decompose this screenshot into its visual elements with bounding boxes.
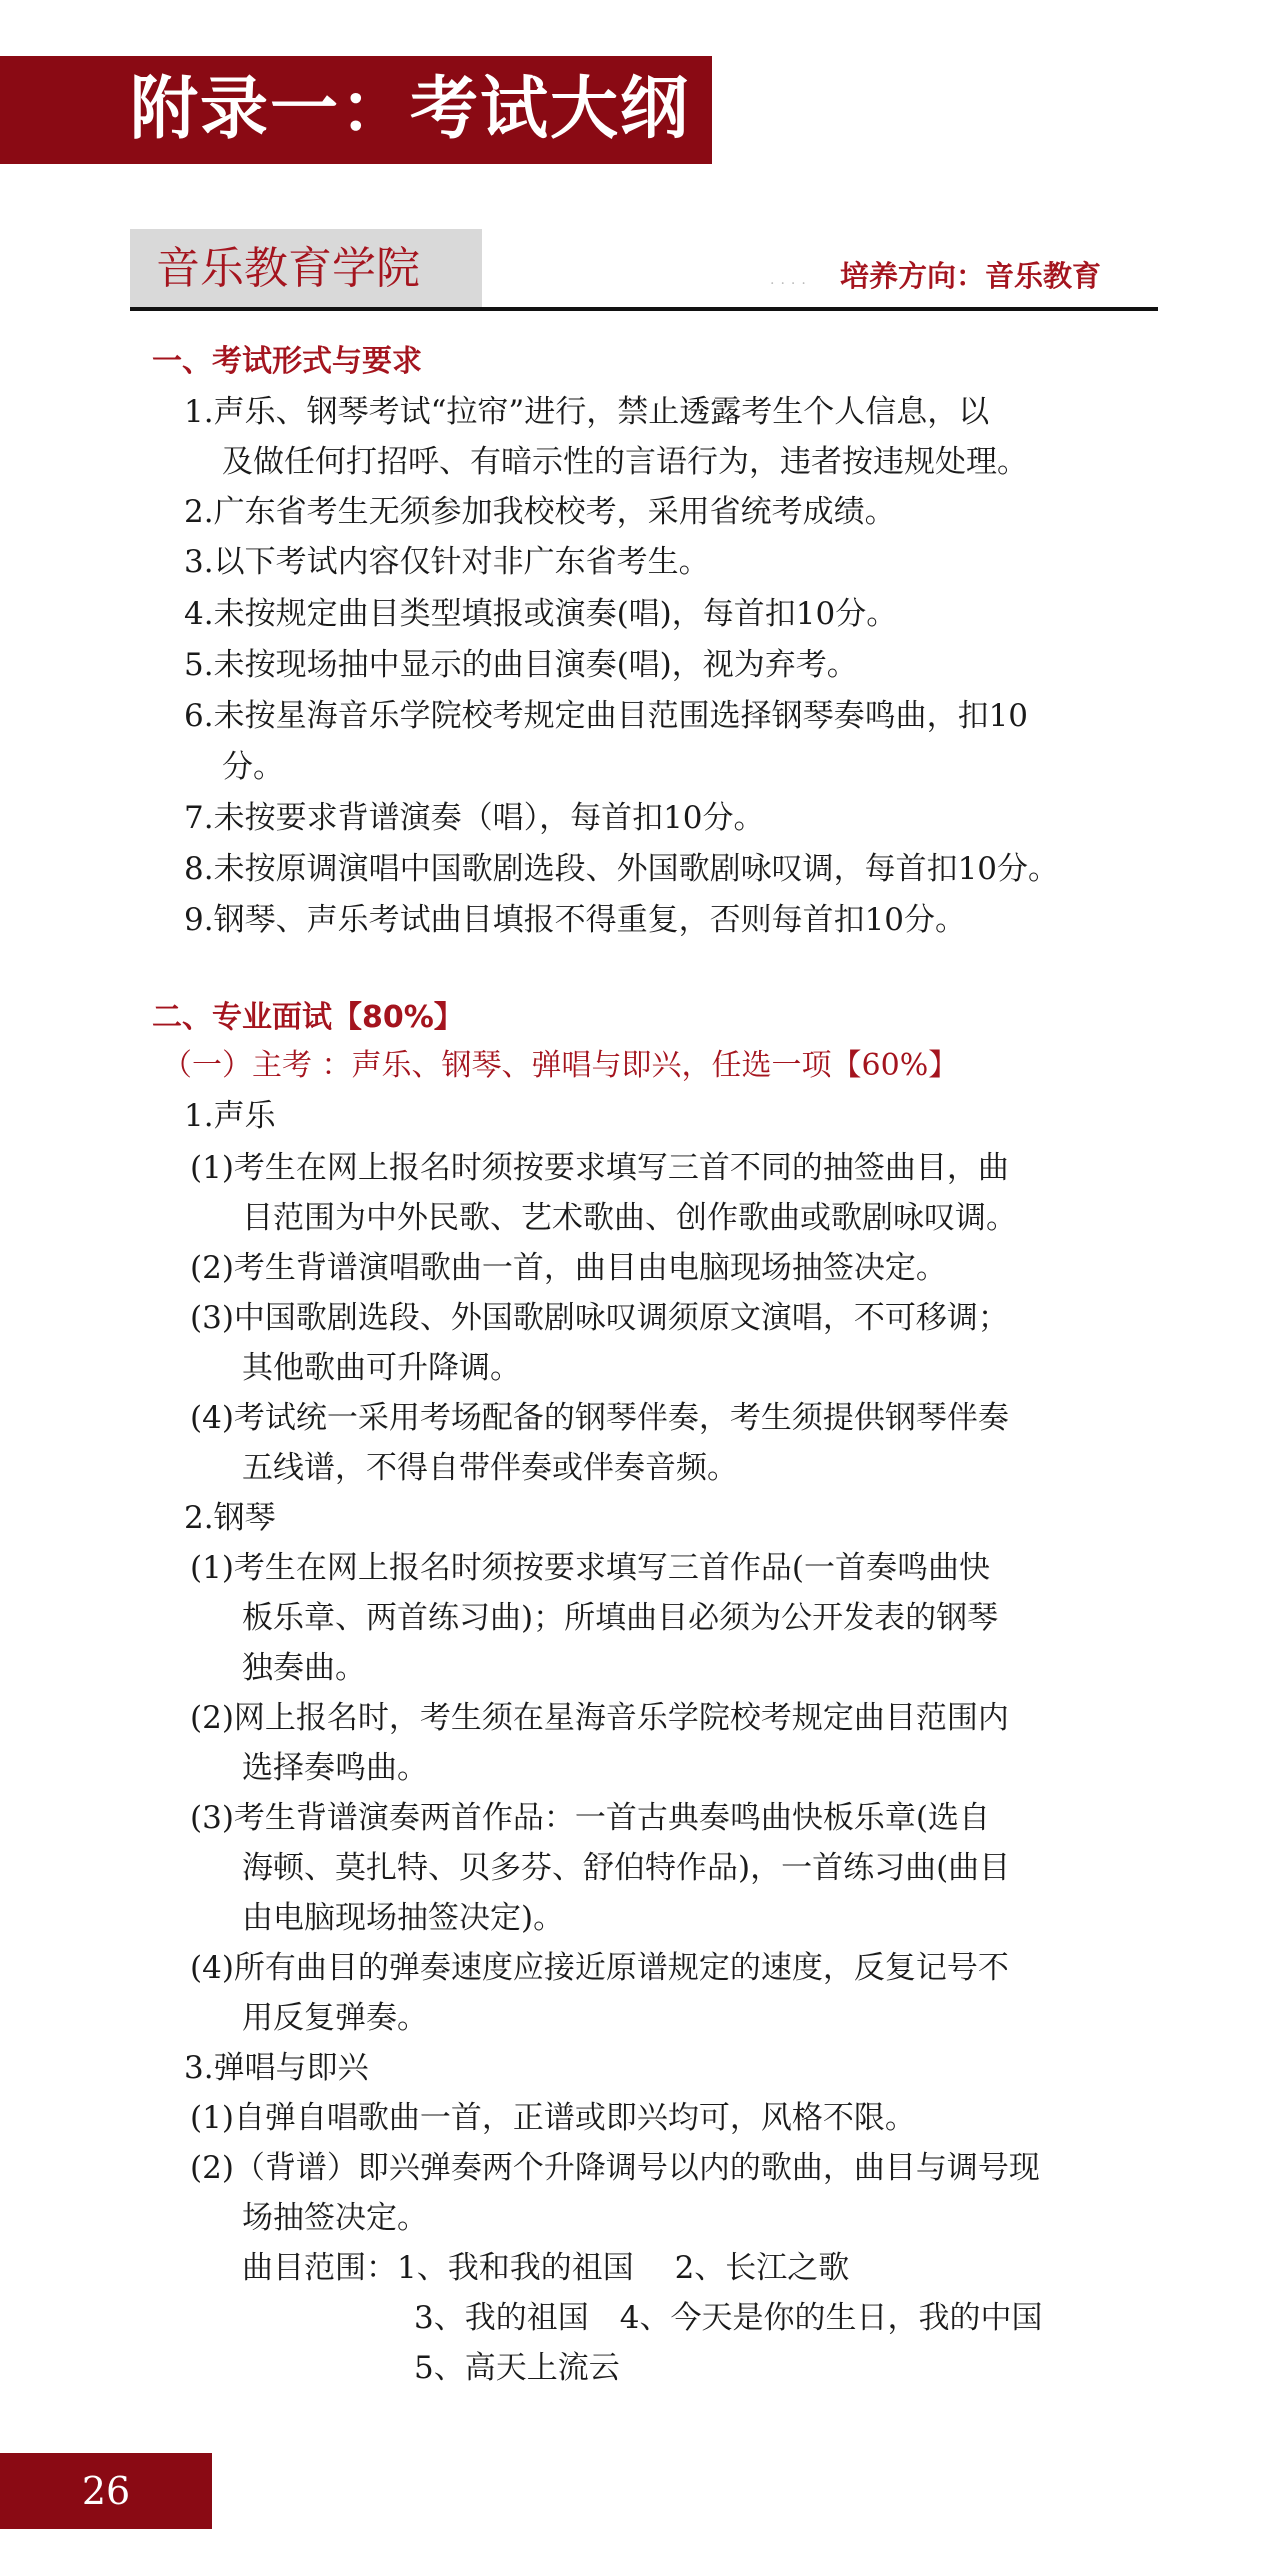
repertoire-line: 3、我的祖国 4、今天是你的生日，我的中国 [414, 2296, 1042, 2340]
rule-line: 及做任何打招呼、有暗示性的言语行为，违者按违规处理。 [222, 440, 1028, 484]
rule-line: 8.未按原调演唱中国歌剧选段、外国歌剧咏叹调，每首扣10分。 [184, 847, 1059, 891]
rule-line: 1.声乐、钢琴考试“拉帘”进行，禁止透露考生个人信息，以 [184, 390, 989, 434]
item-line: 由电脑现场抽签决定)。 [242, 1896, 564, 1940]
item-line: 3.弹唱与即兴 [184, 2046, 369, 2090]
rule-line: 9.钢琴、声乐考试曲目填报不得重复，否则每首扣10分。 [184, 898, 966, 942]
item-line: 五线谱，不得自带伴奏或伴奏音频。 [242, 1446, 738, 1490]
item-line: (1)考生在网上报名时须按要求填写三首不同的抽签曲目，曲 [190, 1146, 1009, 1190]
item-line: 1.声乐 [184, 1094, 276, 1138]
repertoire-line: 5、高天上流云 [414, 2346, 620, 2390]
rule-line: 7.未按要求背谱演奏（唱），每首扣10分。 [184, 796, 765, 840]
page-number: 26 [0, 2471, 212, 2511]
page-title: 附录一：考试大纲 [130, 64, 690, 156]
item-line: (3)中国歌剧选段、外国歌剧咏叹调须原文演唱，不可移调； [190, 1296, 1009, 1340]
item-line: (3)考生背谱演奏两首作品：一首古典奏鸣曲快板乐章(选自 [190, 1796, 990, 1840]
repertoire-line: 曲目范围：1、我和我的祖国 2、长江之歌 [242, 2246, 849, 2290]
item-line: (1)考生在网上报名时须按要求填写三首作品(一首奏鸣曲快 [190, 1546, 990, 1590]
item-line: 选择奏鸣曲。 [242, 1746, 428, 1790]
item-line: 场抽签决定。 [242, 2196, 428, 2240]
college-name: 音乐教育学院 [156, 239, 420, 299]
rule-line: 分。 [222, 745, 284, 789]
rule-line: 5.未按现场抽中显示的曲目演奏(唱)，视为弃考。 [184, 643, 858, 687]
title-banner: 附录一：考试大纲 [0, 56, 712, 164]
rule-line: 4.未按规定曲目类型填报或演奏(唱)，每首扣10分。 [184, 592, 897, 636]
item-line: (4)所有曲目的弹奏速度应接近原谱规定的速度，反复记号不 [190, 1946, 1009, 1990]
item-line: 目范围为中外民歌、艺术歌曲、创作歌曲或歌剧咏叹调。 [242, 1196, 1017, 1240]
training-direction: 培养方向：音乐教育 [840, 256, 1101, 296]
item-line: 海顿、莫扎特、贝多芬、舒伯特作品)，一首练习曲(曲目 [242, 1846, 1010, 1890]
college-box: 音乐教育学院 [130, 229, 482, 309]
header-rule [130, 307, 1158, 311]
item-line: 独奏曲。 [242, 1646, 366, 1690]
item-line: (2)网上报名时，考生须在星海音乐学院校考规定曲目范围内 [190, 1696, 1009, 1740]
item-line: 2.钢琴 [184, 1496, 276, 1540]
section-heading-1: 一、考试形式与要求 [152, 340, 422, 384]
item-line: (2)考生背谱演唱歌曲一首，曲目由电脑现场抽签决定。 [190, 1246, 947, 1290]
page-footer: 26 [0, 2453, 212, 2529]
item-line: 其他歌曲可升降调。 [242, 1346, 521, 1390]
item-line: (2)（背谱）即兴弹奏两个升降调号以内的歌曲，曲目与调号现 [190, 2146, 1040, 2190]
item-line: 用反复弹奏。 [242, 1996, 428, 2040]
leader-dots: .... [770, 272, 812, 288]
rule-line: 2.广东省考生无须参加我校校考，采用省统考成绩。 [184, 490, 896, 534]
item-line: (1)自弹自唱歌曲一首，正谱或即兴均可，风格不限。 [190, 2096, 916, 2140]
subsection-heading: （一）主考 ：声乐、钢琴、弹唱与即兴，任选一项【60%】 [162, 1044, 958, 1088]
item-line: 板乐章、两首练习曲)；所填曲目必须为公开发表的钢琴 [242, 1596, 998, 1640]
item-line: (4)考试统一采用考场配备的钢琴伴奏，考生须提供钢琴伴奏 [190, 1396, 1009, 1440]
rule-line: 6.未按星海音乐学院校考规定曲目范围选择钢琴奏鸣曲，扣10 [184, 694, 1028, 738]
rule-line: 3.以下考试内容仅针对非广东省考生。 [184, 540, 710, 584]
section-heading-2: 二、专业面试【80%】 [152, 996, 464, 1040]
